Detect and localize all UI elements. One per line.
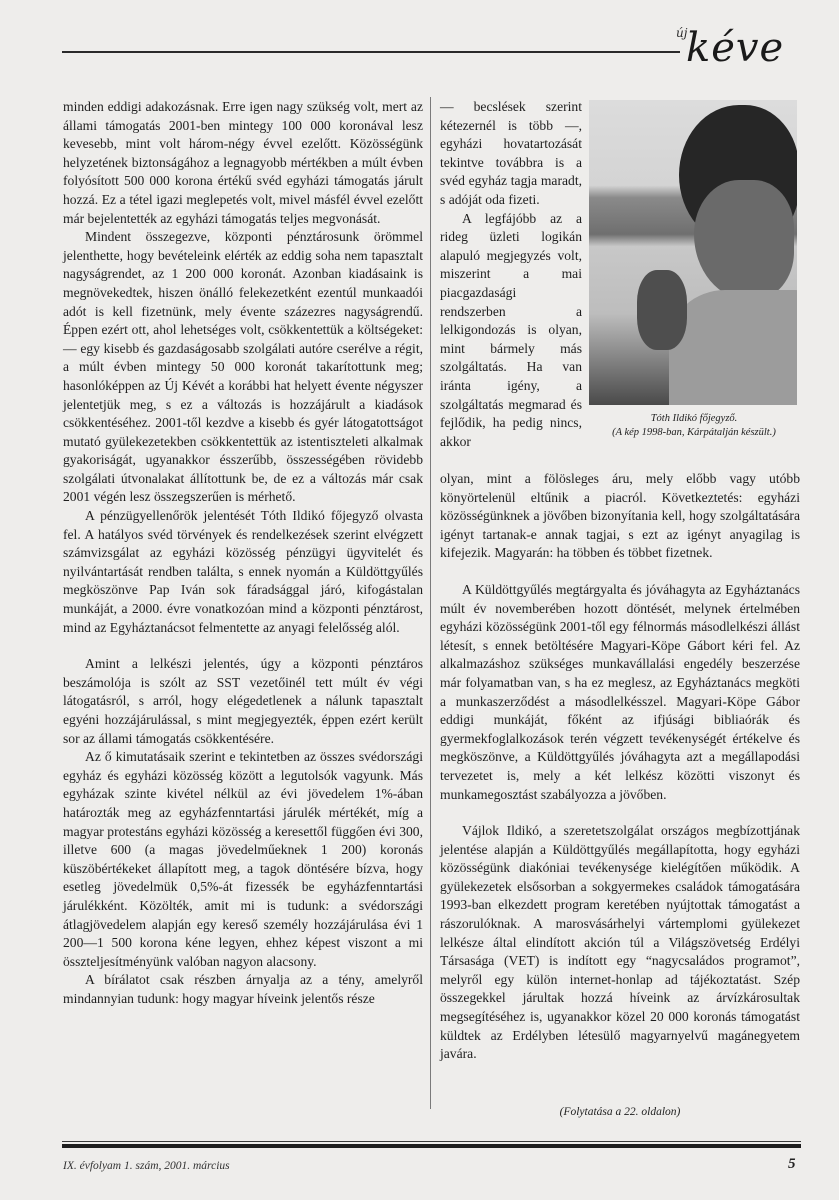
paragraph: A bírálatot csak részben árnyalja az a t… xyxy=(63,971,423,1008)
page-number: 5 xyxy=(788,1156,796,1173)
caption-line-1: Tóth Ildikó főjegyző. xyxy=(589,412,799,426)
column-divider xyxy=(430,97,431,1109)
paragraph: — becslések szerint kétezernél is több —… xyxy=(440,98,582,210)
right-column: olyan, mint a fölösleges áru, mely előbb… xyxy=(440,470,800,1064)
paragraph: Vájlok Ildikó, a szeretetszolgálat orszá… xyxy=(440,822,800,1064)
paragraph: olyan, mint a fölösleges áru, mely előbb… xyxy=(440,470,800,563)
photo-hand-shape xyxy=(637,270,687,350)
paragraph: Mindent összegezve, központi pénztárosun… xyxy=(63,228,423,507)
issue-info: IX. évfolyam 1. szám, 2001. március xyxy=(63,1160,230,1172)
paragraph: A legfájóbb az a rideg üzleti logikán al… xyxy=(440,210,582,452)
right-column-beside-photo: — becslések szerint kétezernél is több —… xyxy=(440,98,582,451)
left-column: minden eddigi adakozásnak. Erre igen nag… xyxy=(63,98,423,1009)
header-rule xyxy=(62,51,680,53)
paragraph: Az ő kimutatásaik szerint e tekintetben … xyxy=(63,748,423,971)
photo-caption: Tóth Ildikó főjegyző. (A kép 1998-ban, K… xyxy=(589,412,799,440)
paragraph: A pénzügyellenőrök jelentését Tóth Ildik… xyxy=(63,507,423,637)
paragraph: minden eddigi adakozásnak. Erre igen nag… xyxy=(63,98,423,228)
photo-body-shape xyxy=(669,290,797,405)
footer-rule xyxy=(62,1141,801,1148)
portrait-photo xyxy=(589,100,797,405)
photo-face-shape xyxy=(694,180,794,300)
logo-main-text: kéve xyxy=(686,26,784,70)
paragraph: A Küldöttgyűlés megtárgyalta és jóváhagy… xyxy=(440,581,800,804)
caption-line-2: (A kép 1998-ban, Kárpátalján készült.) xyxy=(589,426,799,440)
continuation-note: (Folytatása a 22. oldalon) xyxy=(440,1106,800,1118)
magazine-logo: új kéve xyxy=(676,24,816,74)
paragraph: Amint a lelkészi jelentés, úgy a központ… xyxy=(63,655,423,748)
